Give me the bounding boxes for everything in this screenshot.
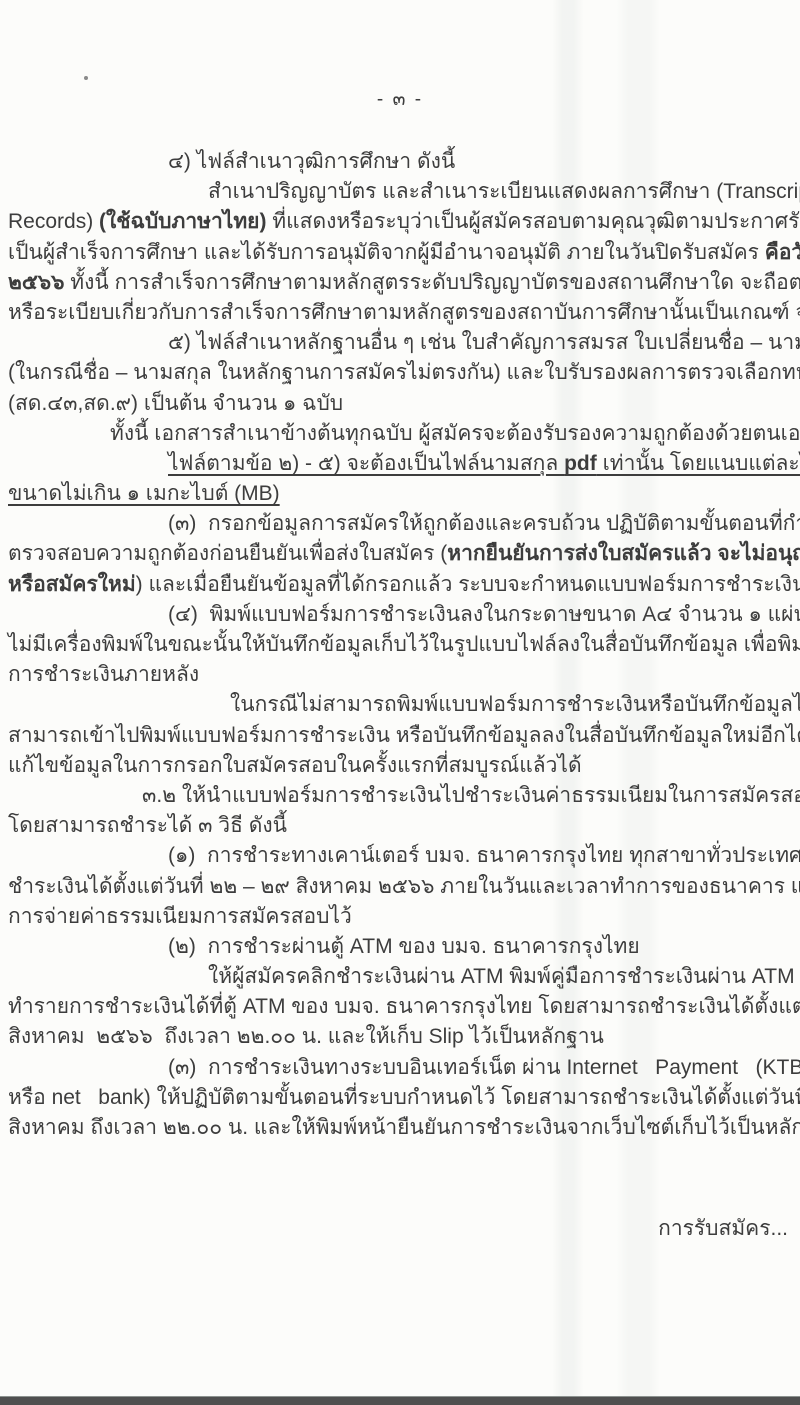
text-line: ขนาดไม่เกิน ๑ เมกะไบต์ (MB) xyxy=(8,479,800,509)
text-line: โดยสามารถชำระได้ ๓ วิธี ดังนี้ xyxy=(8,811,800,841)
footer-catchword: การรับสมัคร... xyxy=(658,1212,788,1245)
text-segment: (ในกรณีชื่อ – นามสกุล ในหลักฐานการสมัครไ… xyxy=(8,361,800,384)
text-line: ไม่มีเครื่องพิมพ์ในขณะนั้นให้บันทึกข้อมู… xyxy=(8,630,800,660)
text-segment: การจ่ายค่าธรรมเนียมการสมัครสอบไว้ xyxy=(8,905,352,928)
text-segment: ขนาดไม่เกิน ๑ เมกะไบต์ (MB) xyxy=(8,482,280,505)
text-segment: (๓) กรอกข้อมูลการสมัครให้ถูกต้องและครบถ้… xyxy=(168,512,800,535)
text-segment: หรือสมัครใหม่ xyxy=(8,573,136,596)
text-segment: คือวันที่ ๒๘ สิงหาคม xyxy=(765,241,800,264)
text-segment: การชำระเงินภายหลัง xyxy=(8,663,199,686)
text-segment: (๔) พิมพ์แบบฟอร์มการชำระเงินลงในกระดาษขน… xyxy=(168,603,800,626)
text-line: การจ่ายค่าธรรมเนียมการสมัครสอบไว้ xyxy=(8,902,800,932)
text-segment: ไม่มีเครื่องพิมพ์ในขณะนั้นให้บันทึกข้อมู… xyxy=(8,633,800,656)
scan-bottom-bar xyxy=(0,1396,800,1405)
text-segment: (๒) การชำระผ่านตู้ ATM ของ บมจ. ธนาคารกร… xyxy=(168,935,640,958)
text-segment: โดยสามารถชำระได้ ๓ วิธี ดังนี้ xyxy=(8,814,287,837)
text-segment: (๓) การชำระเงินทางระบบอินเทอร์เน็ต ผ่าน … xyxy=(168,1056,800,1079)
text-segment: หากยืนยันการส่งใบสมัครแล้ว จะไม่อนุญาตให… xyxy=(447,542,800,565)
text-line: ให้ผู้สมัครคลิกชำระเงินผ่าน ATM พิมพ์คู่… xyxy=(208,962,800,992)
text-segment: ที่แสดงหรือระบุว่าเป็นผู้สมัครสอบตามคุณว… xyxy=(266,210,800,233)
text-line: (สด.๔๓,สด.๙) เป็นต้น จำนวน ๑ ฉบับ xyxy=(8,389,800,419)
text-segment: แก้ไขข้อมูลในการกรอกใบสมัครสอบในครั้งแรก… xyxy=(8,754,582,777)
text-segment: ๔) ไฟล์สำเนาวุฒิการศึกษา ดังนี้ xyxy=(168,150,455,173)
text-line: ๒๕๖๖ ทั้งนี้ การสำเร็จการศึกษาตามหลักสูต… xyxy=(8,268,800,298)
text-line: (๓) การชำระเงินทางระบบอินเทอร์เน็ต ผ่าน … xyxy=(168,1053,800,1083)
text-line: ตรวจสอบความถูกต้องก่อนยืนยันเพื่อส่งใบสม… xyxy=(8,539,800,569)
text-segment: เท่านั้น โดยแนบแต่ละไฟล์ xyxy=(597,452,800,475)
scan-artifact-dot xyxy=(84,76,88,80)
text-line: สิงหาคม ๒๕๖๖ ถึงเวลา ๒๒.๐๐ น. และให้เก็บ… xyxy=(8,1022,800,1052)
text-line: แก้ไขข้อมูลในการกรอกใบสมัครสอบในครั้งแรก… xyxy=(8,751,800,781)
text-line: สำเนาปริญญาบัตร และสำเนาระเบียนแสดงผลการ… xyxy=(208,177,800,207)
text-segment: ไฟล์ตามข้อ ๒) - ๕) จะต้องเป็นไฟล์นามสกุล xyxy=(168,452,564,475)
text-segment: สิงหาคม ๒๕๖๖ ถึงเวลา ๒๒.๐๐ น. และให้เก็บ… xyxy=(8,1025,604,1048)
text-segment: ๒๕๖๖ xyxy=(8,271,64,294)
text-segment: ๓.๒ ให้นำแบบฟอร์มการชำระเงินไปชำระเงินค่… xyxy=(142,784,800,807)
text-line: ๔) ไฟล์สำเนาวุฒิการศึกษา ดังนี้ xyxy=(168,147,800,177)
text-segment: (ใช้ฉบับภาษาไทย) xyxy=(99,210,266,233)
text-line: ๓.๒ ให้นำแบบฟอร์มการชำระเงินไปชำระเงินค่… xyxy=(142,781,800,811)
text-segment: pdf xyxy=(564,452,597,475)
text-segment: เป็นผู้สำเร็จการศึกษา และได้รับการอนุมัต… xyxy=(8,241,765,264)
text-segment: ทั้งนี้ การสำเร็จการศึกษาตามหลักสูตรระดั… xyxy=(64,271,800,294)
text-segment: ๕) ไฟล์สำเนาหลักฐานอื่น ๆ เช่น ใบสำคัญกา… xyxy=(168,331,800,354)
text-segment: ทำรายการชำระเงินได้ที่ตู้ ATM ของ บมจ. ธ… xyxy=(8,995,800,1018)
text-line: Records) (ใช้ฉบับภาษาไทย) ที่แสดงหรือระบ… xyxy=(8,207,800,237)
text-line: (๑) การชำระทางเคาน์เตอร์ บมจ. ธนาคารกรุง… xyxy=(168,841,800,871)
text-segment: (สด.๔๓,สด.๙) เป็นต้น จำนวน ๑ ฉบับ xyxy=(8,392,343,415)
text-segment: หรือระเบียบเกี่ยวกับการสำเร็จการศึกษาตาม… xyxy=(8,301,800,324)
text-line: (๔) พิมพ์แบบฟอร์มการชำระเงินลงในกระดาษขน… xyxy=(168,600,800,630)
document-page: - ๓ - ๔) ไฟล์สำเนาวุฒิการศึกษา ดังนี้สำเ… xyxy=(0,0,800,1405)
text-line: หรือสมัครใหม่) และเมื่อยืนยันข้อมูลที่ได… xyxy=(8,570,800,600)
text-segment: Records) xyxy=(8,210,99,233)
text-segment: ทั้งนี้ เอกสารสำเนาข้างต้นทุกฉบับ ผู้สมั… xyxy=(110,422,800,445)
text-line: ชำระเงินได้ตั้งแต่วันที่ ๒๒ – ๒๙ สิงหาคม… xyxy=(8,872,800,902)
text-line: (ในกรณีชื่อ – นามสกุล ในหลักฐานการสมัครไ… xyxy=(8,358,800,388)
text-line: ในกรณีไม่สามารถพิมพ์แบบฟอร์มการชำระเงินห… xyxy=(230,690,800,720)
text-line: ทำรายการชำระเงินได้ที่ตู้ ATM ของ บมจ. ธ… xyxy=(8,992,800,1022)
text-segment: ) และเมื่อยืนยันข้อมูลที่ได้กรอกแล้ว ระบ… xyxy=(136,573,800,596)
text-segment: สิงหาคม ถึงเวลา ๒๒.๐๐ น. และให้พิมพ์หน้า… xyxy=(8,1116,800,1139)
page-number: - ๓ - xyxy=(0,84,800,114)
text-line: เป็นผู้สำเร็จการศึกษา และได้รับการอนุมัต… xyxy=(8,238,800,268)
text-segment: สามารถเข้าไปพิมพ์แบบฟอร์มการชำระเงิน หรื… xyxy=(8,724,800,747)
text-line: หรือ net bank) ให้ปฏิบัติตามขั้นตอนที่ระ… xyxy=(8,1083,800,1113)
text-segment: หรือ net bank) ให้ปฏิบัติตามขั้นตอนที่ระ… xyxy=(8,1086,800,1109)
text-segment: (๑) การชำระทางเคาน์เตอร์ บมจ. ธนาคารกรุง… xyxy=(168,844,800,867)
text-line: ไฟล์ตามข้อ ๒) - ๕) จะต้องเป็นไฟล์นามสกุล… xyxy=(168,449,800,479)
text-line: สิงหาคม ถึงเวลา ๒๒.๐๐ น. และให้พิมพ์หน้า… xyxy=(8,1113,800,1143)
text-line: สามารถเข้าไปพิมพ์แบบฟอร์มการชำระเงิน หรื… xyxy=(8,721,800,751)
text-line: หรือระเบียบเกี่ยวกับการสำเร็จการศึกษาตาม… xyxy=(8,298,800,328)
text-line: (๒) การชำระผ่านตู้ ATM ของ บมจ. ธนาคารกร… xyxy=(168,932,800,962)
text-segment: ให้ผู้สมัครคลิกชำระเงินผ่าน ATM พิมพ์คู่… xyxy=(208,965,800,988)
text-segment: ตรวจสอบความถูกต้องก่อนยืนยันเพื่อส่งใบสม… xyxy=(8,542,447,565)
document-body: ๔) ไฟล์สำเนาวุฒิการศึกษา ดังนี้สำเนาปริญ… xyxy=(0,147,800,1143)
text-segment: ในกรณีไม่สามารถพิมพ์แบบฟอร์มการชำระเงินห… xyxy=(230,693,800,716)
text-line: (๓) กรอกข้อมูลการสมัครให้ถูกต้องและครบถ้… xyxy=(168,509,800,539)
text-line: ๕) ไฟล์สำเนาหลักฐานอื่น ๆ เช่น ใบสำคัญกา… xyxy=(168,328,800,358)
text-line: การชำระเงินภายหลัง xyxy=(8,660,800,690)
text-segment: สำเนาปริญญาบัตร และสำเนาระเบียนแสดงผลการ… xyxy=(208,180,800,203)
text-line: ทั้งนี้ เอกสารสำเนาข้างต้นทุกฉบับ ผู้สมั… xyxy=(110,419,800,449)
text-segment: ชำระเงินได้ตั้งแต่วันที่ ๒๒ – ๒๙ สิงหาคม… xyxy=(8,875,800,898)
